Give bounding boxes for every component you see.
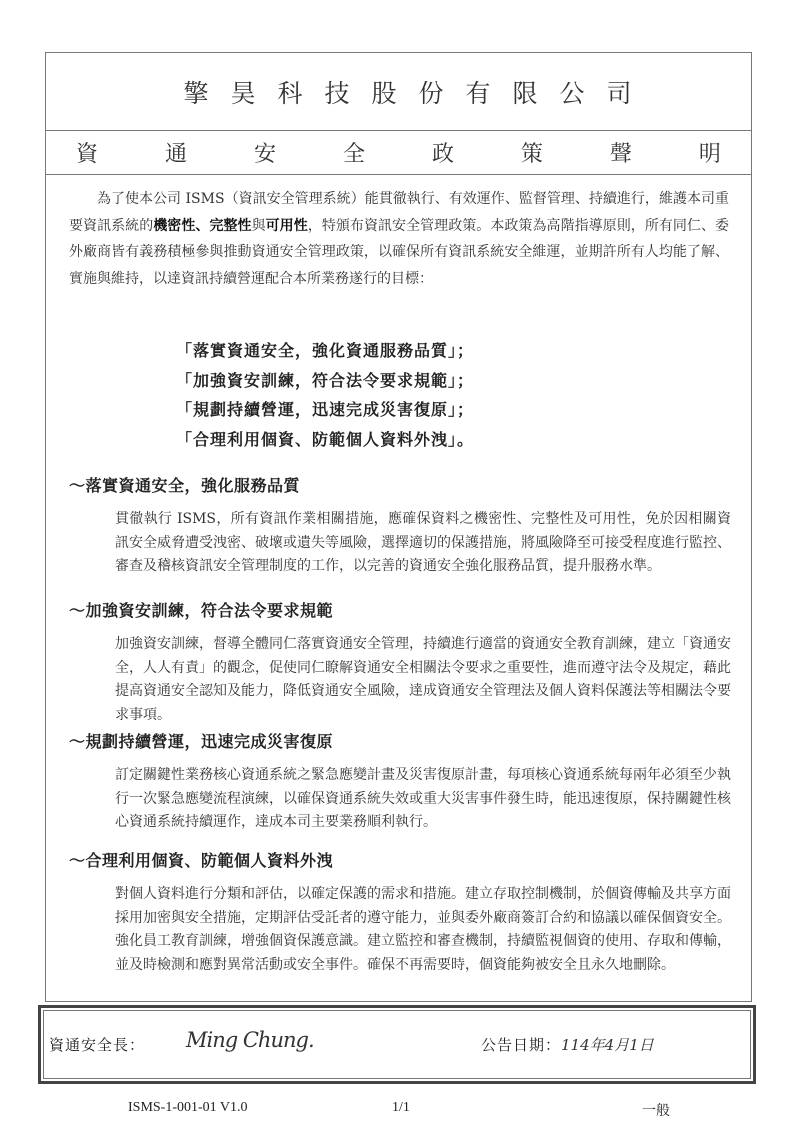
title-char: 聲 bbox=[610, 137, 632, 168]
policy-title: 資 通 安 全 政 策 聲 明 bbox=[46, 130, 751, 175]
section-continuity: ～規劃持續營運，迅速完成災害復原 訂定關鍵性業務核心資通系統之緊急應變計畫及災害… bbox=[69, 729, 729, 835]
section-heading: ～加強資安訓練，符合法令要求規範 bbox=[69, 598, 729, 621]
section-body: 對個人資料進行分類和評估，以確定保護的需求和措施。建立存取控制機制，於個資傳輸及… bbox=[115, 883, 731, 977]
policy-frame: 擎昊科技股份有限公司 資 通 安 全 政 策 聲 明 為了使本公司 ISMS（資… bbox=[45, 52, 752, 1002]
section-body: 加強資安訓練，督導全體同仁落實資通安全管理，持續進行適當的資通安全教育訓練，建立… bbox=[115, 633, 731, 727]
section-heading: ～落實資通安全，強化服務品質 bbox=[69, 473, 729, 496]
intro-separator: 、 bbox=[195, 218, 209, 234]
date-value: 114年4月1日 bbox=[561, 1036, 654, 1054]
goal-item: 「合理利用個資、防範個人資料外洩」。 bbox=[176, 425, 474, 455]
footer-classification: 一般 bbox=[642, 1100, 670, 1120]
goal-item: 「規劃持續營運，迅速完成災害復原」； bbox=[176, 395, 474, 425]
intro-bold-confidentiality: 機密性 bbox=[153, 218, 195, 234]
date-label: 公告日期： bbox=[481, 1036, 561, 1054]
section-body: 貫徹執行 ISMS，所有資訊作業相關措施，應確保資料之機密性、完整性及可用性，免… bbox=[115, 508, 731, 579]
goal-item: 「加強資安訓練，符合法令要求規範」； bbox=[176, 366, 474, 396]
title-char: 明 bbox=[699, 137, 721, 168]
title-char: 通 bbox=[165, 137, 187, 168]
company-name: 擎昊科技股份有限公司 bbox=[143, 74, 653, 110]
title-char: 資 bbox=[76, 137, 98, 168]
goal-item: 「落實資通安全，強化資通服務品質」； bbox=[176, 336, 474, 366]
intro-paragraph: 為了使本公司 ISMS（資訊安全管理系統）能貫徹執行、有效運作、監督管理、持續進… bbox=[69, 186, 729, 292]
title-char: 策 bbox=[521, 137, 543, 168]
title-char: 安 bbox=[254, 137, 276, 168]
section-security: ～落實資通安全，強化服務品質 貫徹執行 ISMS，所有資訊作業相關措施，應確保資… bbox=[69, 473, 729, 579]
footer-doc-id: ISMS-1-001-01 V1.0 bbox=[128, 1100, 248, 1116]
company-header: 擎昊科技股份有限公司 bbox=[46, 53, 751, 131]
footer-page-number: 1/1 bbox=[392, 1100, 410, 1116]
title-char: 全 bbox=[343, 137, 365, 168]
section-body: 訂定關鍵性業務核心資通系統之緊急應變計畫及災害復原計畫，每項核心資通系統每兩年必… bbox=[115, 764, 731, 835]
goal-list: 「落實資通安全，強化資通服務品質」； 「加強資安訓練，符合法令要求規範」； 「規… bbox=[176, 336, 474, 454]
section-training: ～加強資安訓練，符合法令要求規範 加強資安訓練，督導全體同仁落實資通安全管理，持… bbox=[69, 598, 729, 727]
title-char: 政 bbox=[432, 137, 454, 168]
section-privacy: ～合理利用個資、防範個人資料外洩 對個人資料進行分類和評估，以確定保護的需求和措… bbox=[69, 848, 729, 977]
intro-bold-integrity: 完整性 bbox=[209, 218, 251, 234]
intro-bold-availability: 可用性 bbox=[266, 218, 308, 234]
intro-separator: 與 bbox=[252, 218, 266, 234]
signoff-box: 資通安全長： Ming Chung. 公告日期：114年4月1日 bbox=[38, 1005, 756, 1084]
section-heading: ～規劃持續營運，迅速完成災害復原 bbox=[69, 729, 729, 752]
officer-label: 資通安全長： bbox=[49, 1034, 145, 1055]
section-heading: ～合理利用個資、防範個人資料外洩 bbox=[69, 848, 729, 871]
officer-signature: Ming Chung. bbox=[186, 1028, 314, 1052]
announcement-date: 公告日期：114年4月1日 bbox=[481, 1034, 654, 1055]
